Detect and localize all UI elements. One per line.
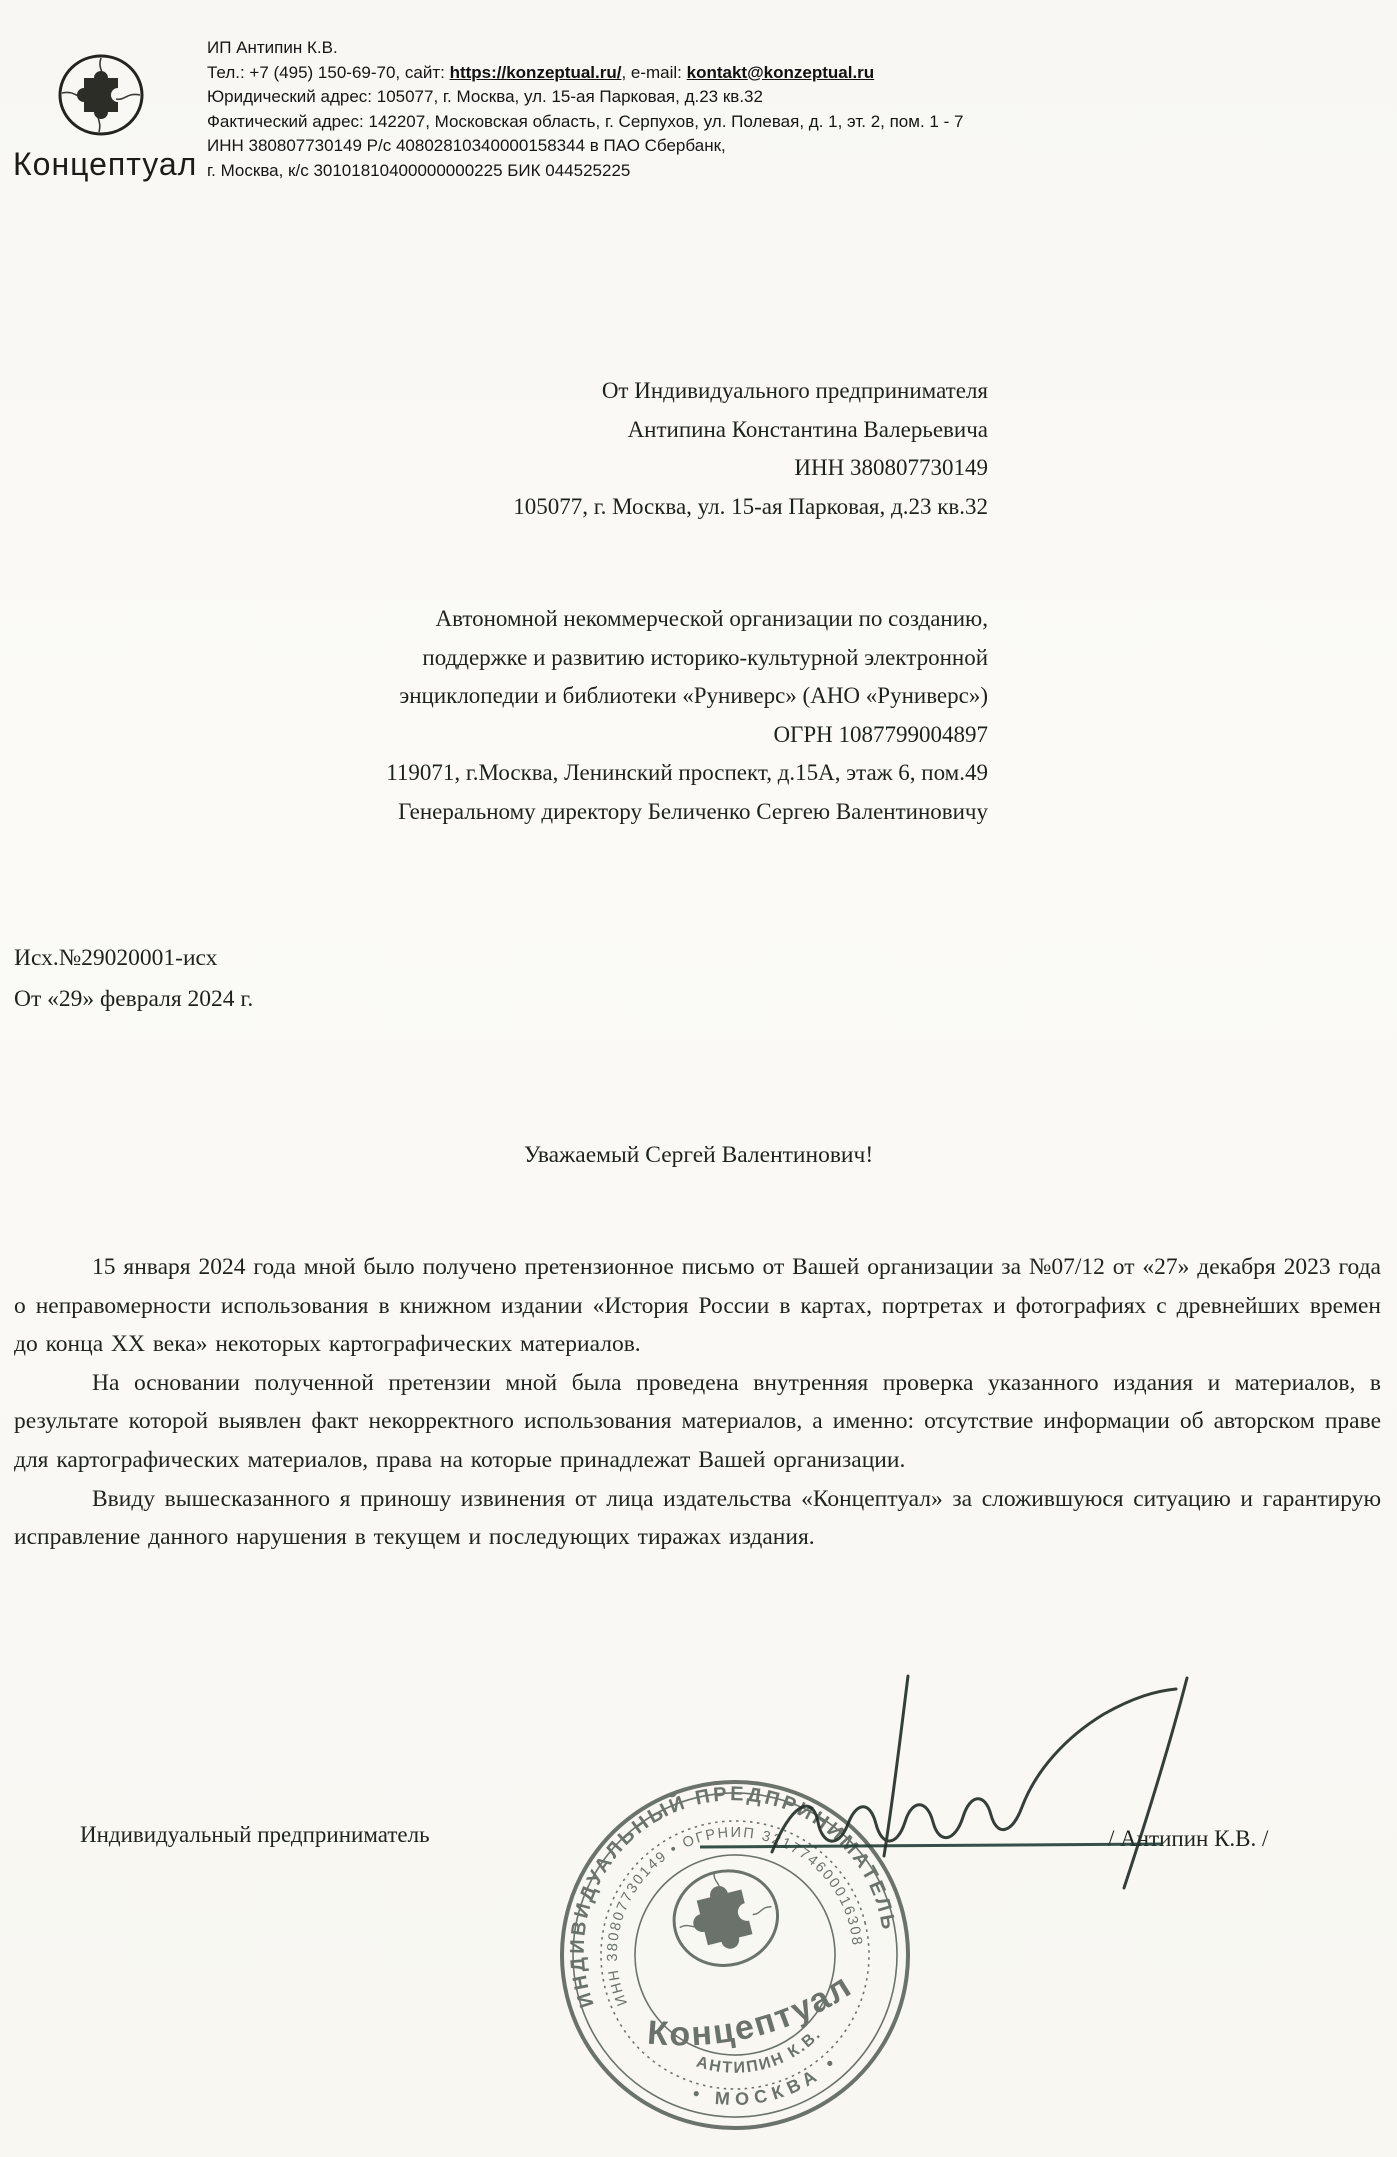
sender-line: От Индивидуального предпринимателя	[513, 372, 988, 411]
letterhead-bank-line2: г. Москва, к/с 30101810400000000225 БИК …	[207, 159, 1387, 184]
reference-date: От «29» февраля 2024 г.	[14, 979, 253, 1020]
signoff-name-label: / Антипин К.В. /	[1108, 1826, 1268, 1852]
contact-mid: , e-mail:	[621, 63, 686, 82]
letterhead-legal-address: Юридический адрес: 105077, г. Москва, ул…	[207, 85, 1387, 110]
letterhead-actual-address: Фактический адрес: 142207, Московская об…	[207, 110, 1387, 135]
letterhead-bank-line1: ИНН 380807730149 Р/с 4080281034000015834…	[207, 134, 1387, 159]
recipient-block: Автономной некоммерческой организации по…	[386, 600, 988, 831]
sender-block: От Индивидуального предпринимателя Антип…	[513, 372, 988, 526]
letterhead-info: ИП Антипин К.В. Тел.: +7 (495) 150-69-70…	[207, 36, 1387, 183]
letter-body: 15 января 2024 года мной было получено п…	[14, 1248, 1381, 1557]
body-paragraph: Ввиду вышесказанного я приношу извинения…	[14, 1480, 1381, 1557]
recipient-line: Автономной некоммерческой организации по…	[386, 600, 988, 639]
konzeptual-logo: Концептуал	[13, 52, 203, 183]
sender-line: Антипина Константина Валерьевича	[513, 411, 988, 450]
recipient-line: 119071, г.Москва, Ленинский проспект, д.…	[386, 754, 988, 793]
reference-block: Исх.№29020001-исх От «29» февраля 2024 г…	[14, 938, 253, 1020]
sender-line: 105077, г. Москва, ул. 15-ая Парковая, д…	[513, 488, 988, 527]
website-link[interactable]: https://konzeptual.ru/	[450, 63, 622, 82]
letterhead-contacts: Тел.: +7 (495) 150-69-70, сайт: https://…	[207, 61, 1387, 86]
email-link[interactable]: kontakt@konzeptual.ru	[687, 63, 875, 82]
body-paragraph: На основании полученной претензии мной б…	[14, 1364, 1381, 1480]
reference-number: Исх.№29020001-исх	[14, 938, 253, 979]
company-round-stamp: ИНДИВИДУАЛЬНЫЙ ПРЕДПРИНИМАТЕЛЬ • МОСКВА …	[545, 1765, 925, 2145]
recipient-line: ОГРН 1087799004897	[386, 716, 988, 755]
stamp-puzzle-piece-icon	[686, 1881, 755, 1956]
sender-line: ИНН 380807730149	[513, 449, 988, 488]
salutation: Уважаемый Сергей Валентинович!	[0, 1142, 1397, 1169]
puzzle-piece-icon	[77, 71, 118, 119]
logo-brand-text: Концептуал	[13, 146, 203, 183]
body-paragraph: 15 января 2024 года мной было получено п…	[14, 1248, 1381, 1364]
recipient-line: Генеральному директору Беличенко Сергею …	[386, 793, 988, 832]
recipient-line: энциклопедии и библиотеки «Руниверс» (АН…	[386, 677, 988, 716]
scanned-letter-page: Концептуал ИП Антипин К.В. Тел.: +7 (495…	[0, 0, 1397, 2157]
letterhead-company: ИП Антипин К.В.	[207, 36, 1387, 61]
contact-prefix: Тел.: +7 (495) 150-69-70, сайт:	[207, 63, 450, 82]
signoff-role-label: Индивидуальный предприниматель	[80, 1822, 430, 1848]
puzzle-logo-icon	[53, 52, 149, 138]
recipient-line: поддержке и развитию историко-культурной…	[386, 639, 988, 678]
